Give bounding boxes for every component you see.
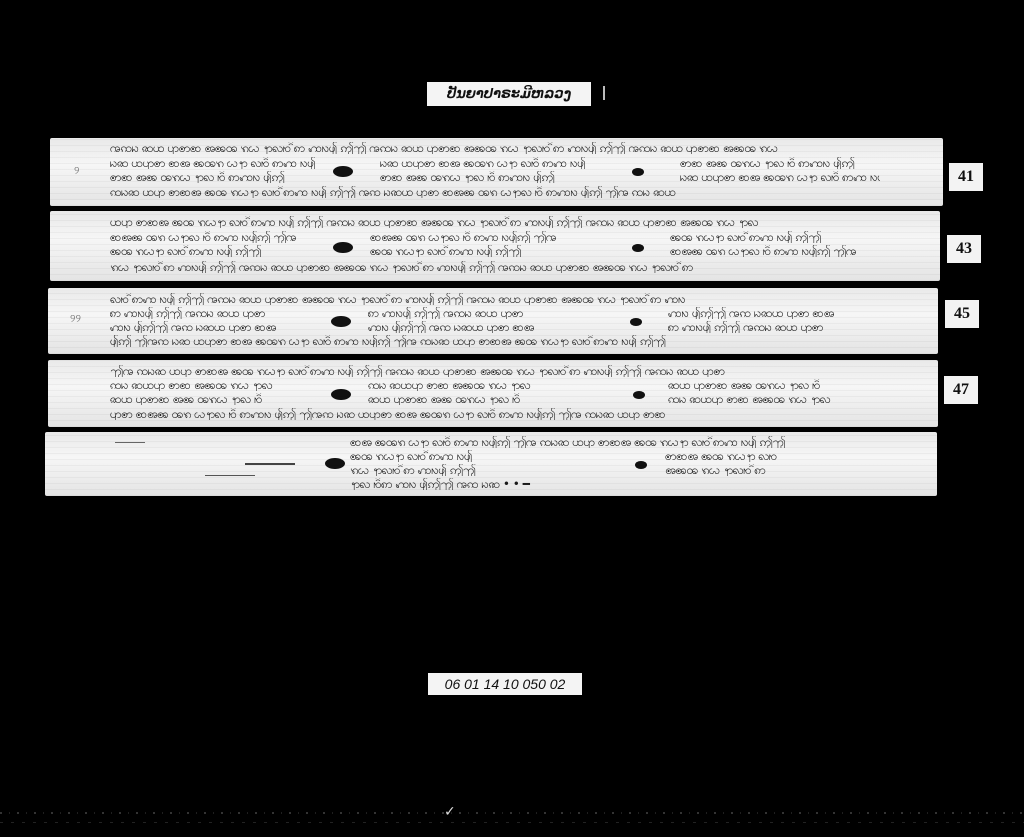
text-line: ꩦꩧꩨ ꩩꩪ ꩫꩬꩭ ꩮꩯ bbox=[665, 450, 895, 462]
text-line: ꩧꩨꩩ ꩪꩫ ꩬꩭꩮ ꩯꩰ ꩱꩲ ꩳꩴꩵ ꩶꩠ bbox=[370, 231, 620, 243]
palm-leaf-47: ꩶꩠ ꩡꩢꩣ ꩤꩥ ꩦꩧꩨ ꩩꩪ ꩫꩬꩭ ꩮꩯ ꩰꩱꩲ ꩳꩴ ꩵꩶ ꩠꩡꩢ ꩣꩤ… bbox=[48, 360, 938, 427]
text-line: ꩭꩮ ꩯꩰꩱ ꩲꩳ ꩴꩵꩶ ꩠꩡ ꩢꩣ • • ━ bbox=[350, 478, 650, 490]
text-line: ꩫꩬ ꩭꩮꩯ ꩰꩱ ꩲꩳꩴ ꩵꩶ ꩠꩡꩢ ꩣꩤ ꩥꩦꩧ ꩨꩩꩪ ꩫꩬ ꩭꩮꩯ ꩰ… bbox=[110, 261, 930, 273]
text-line: ꩢꩣ ꩤꩥꩦ ꩧꩨ ꩩꩪꩫ ꩬꩭ ꩮꩯꩰ ꩱꩲ ꩳꩴ bbox=[110, 157, 340, 169]
text-line: ꩧꩨꩩ ꩪꩫ ꩬꩭꩮ ꩯꩰ ꩱꩲ ꩳꩴꩵ ꩶꩠ bbox=[110, 231, 310, 243]
text-line: ꩨꩩꩪ ꩫꩬ ꩭꩮꩯ ꩰꩱ bbox=[665, 464, 895, 476]
scratch-mark bbox=[205, 475, 255, 476]
title-tick-mark bbox=[603, 86, 605, 100]
text-line: ꩫꩬ ꩭꩮꩯ ꩰꩱ ꩲꩳꩴ ꩵꩶ bbox=[350, 464, 620, 476]
text-line: ꩡꩢ ꩣꩤꩥ ꩦꩧ ꩨꩩꩪ ꩫꩬ ꩭꩮ bbox=[368, 379, 618, 391]
text-line: ꩣꩤ ꩥꩦꩧ ꩨꩩ ꩪꩫꩬ ꩭꩮ ꩯꩰ bbox=[368, 393, 618, 405]
text-line: ꩣꩤ ꩥꩦꩧ ꩨꩩ ꩪꩫꩬ ꩭꩮ ꩯꩰ bbox=[668, 379, 878, 391]
text-line: ꩡꩢꩣ ꩤꩥ ꩦꩧꩨ ꩩꩪ ꩫꩬꩭ ꩮꩯ ꩰꩱꩲ ꩳꩴ ꩵꩶ ꩠꩡ ꩢꩣꩤ ꩥꩦ… bbox=[110, 186, 940, 198]
scratch-mark bbox=[115, 442, 145, 443]
check-mark-icon: ✓ bbox=[444, 804, 456, 820]
text-line: ꩮꩯ ꩰꩱꩲ ꩳꩴ ꩵꩶ ꩠꩡꩢ ꩣꩤ ꩥꩦꩧ ꩨꩩꩪ ꩫꩬ ꩭꩮꩯ ꩰꩱ ꩲꩳ… bbox=[110, 293, 930, 305]
binding-hole bbox=[635, 461, 647, 469]
text-line: ꩰꩱ ꩲꩳꩴ ꩵꩶ ꩠꩡꩢ ꩣꩤ ꩥꩦ bbox=[110, 307, 310, 319]
palm-leaf-41: ୨ ꩠꩡꩢ ꩣꩤ ꩥꩦꩧ ꩨꩩꩪ ꩫꩬ ꩭꩮꩯ ꩰꩱ ꩲꩳꩴ ꩵꩶ ꩠꩡꩢ ꩣꩤ… bbox=[50, 138, 943, 206]
text-line: ꩰꩱ ꩲꩳꩴ ꩵꩶ ꩠꩡꩢ ꩣꩤ ꩥꩦ bbox=[668, 321, 878, 333]
text-line: ꩲꩳ ꩴꩵꩶ ꩠꩡ ꩢꩣꩤ ꩥꩦ ꩧꩨ bbox=[110, 321, 310, 333]
catalog-id-label: 06 01 14 10 050 02 bbox=[428, 673, 582, 695]
text-line: ꩦꩧ ꩨꩩ ꩪꩫꩬ ꩭꩮ ꩯꩰ ꩱꩲꩳ ꩴꩵ bbox=[110, 171, 340, 183]
palm-leaf-final: ꩧꩨ ꩩꩪꩫ ꩬꩭ ꩮꩯꩰ ꩱꩲ ꩳꩴꩵ ꩶꩠ ꩡꩢꩣ ꩤꩥ ꩦꩧꩨ ꩩꩪ ꩫꩬ… bbox=[45, 432, 937, 496]
text-line: ꩥꩦ ꩧꩨꩩ ꩪꩫ ꩬꩭꩮ ꩯꩰ ꩱꩲꩳ ꩴꩵ ꩶꩠꩡ ꩢꩣ ꩤꩥꩦ ꩧꩨ ꩩꩪ… bbox=[110, 408, 930, 420]
binding-hole bbox=[632, 244, 644, 252]
text-line: ꩲꩳ ꩴꩵꩶ ꩠꩡ ꩢꩣꩤ ꩥꩦ ꩧꩨ bbox=[668, 307, 878, 319]
binding-hole bbox=[325, 458, 345, 469]
text-line: ꩢꩣ ꩤꩥꩦ ꩧꩨ ꩩꩪꩫ ꩬꩭ ꩮꩯꩰ ꩱꩲ ꩳꩴ bbox=[380, 157, 620, 169]
text-line: ꩤꩥ ꩦꩧꩨ ꩩꩪ ꩫꩬꩭ ꩮꩯ ꩰꩱꩲ ꩳꩴ ꩵꩶ ꩠꩡꩢ ꩣꩤ ꩥꩦꩧ ꩨꩩ… bbox=[110, 216, 930, 228]
binding-hole bbox=[633, 391, 645, 399]
title-label: ປັນຍາປາຣະມີຫລວງ bbox=[427, 82, 591, 106]
binding-hole bbox=[331, 389, 351, 400]
page-number-47: 47 bbox=[944, 376, 978, 404]
text-line: ꩡꩢ ꩣꩤꩥ ꩦꩧ ꩨꩩꩪ ꩫꩬ ꩭꩮ bbox=[110, 379, 310, 391]
margin-mark: ୨ bbox=[74, 164, 79, 178]
palm-leaf-45: ୨୨ ꩮꩯ ꩰꩱꩲ ꩳꩴ ꩵꩶ ꩠꩡꩢ ꩣꩤ ꩥꩦꩧ ꩨꩩꩪ ꩫꩬ ꩭꩮꩯ ꩰꩱ… bbox=[48, 288, 938, 354]
scratch-mark bbox=[245, 463, 295, 465]
margin-mark: ୨୨ bbox=[70, 312, 81, 326]
text-line: ꩠꩡꩢ ꩣꩤ ꩥꩦꩧ ꩨꩩꩪ ꩫꩬ ꩭꩮꩯ ꩰꩱ ꩲꩳꩴ ꩵꩶ ꩠꩡꩢ ꩣꩤ ꩥ… bbox=[110, 142, 940, 154]
page-number-43: 43 bbox=[947, 235, 981, 263]
text-line: ꩦꩧ ꩨꩩ ꩪꩫꩬ ꩭꩮ ꩯꩰ ꩱꩲꩳ ꩴꩵ bbox=[380, 171, 620, 183]
palm-leaf-43: ꩤꩥ ꩦꩧꩨ ꩩꩪ ꩫꩬꩭ ꩮꩯ ꩰꩱꩲ ꩳꩴ ꩵꩶ ꩠꩡꩢ ꩣꩤ ꩥꩦꩧ ꩨꩩ… bbox=[50, 211, 940, 281]
page-number-41: 41 bbox=[949, 163, 983, 191]
text-line: ꩢꩣ ꩤꩥꩦ ꩧꩨ ꩩꩪꩫ ꩬꩭ ꩮꩯꩰ ꩱꩲ ꩳꩴ bbox=[680, 171, 880, 183]
binding-hole bbox=[632, 168, 644, 176]
binding-hole bbox=[331, 316, 351, 327]
binding-hole bbox=[630, 318, 642, 326]
text-line: ꩡꩢ ꩣꩤꩥ ꩦꩧ ꩨꩩꩪ ꩫꩬ ꩭꩮ bbox=[668, 393, 878, 405]
text-line: ꩲꩳ ꩴꩵꩶ ꩠꩡ ꩢꩣꩤ ꩥꩦ ꩧꩨ bbox=[368, 321, 618, 333]
scan-noise bbox=[0, 822, 1024, 823]
text-line: ꩣꩤ ꩥꩦꩧ ꩨꩩ ꩪꩫꩬ ꩭꩮ ꩯꩰ bbox=[110, 393, 310, 405]
text-line: ꩴꩵ ꩶꩠꩡ ꩢꩣ ꩤꩥꩦ ꩧꩨ ꩩꩪꩫ ꩬꩭ ꩮꩯꩰ ꩱꩲ ꩳꩴꩵ ꩶꩠ ꩡꩢ… bbox=[110, 335, 930, 347]
text-line: ꩶꩠ ꩡꩢꩣ ꩤꩥ ꩦꩧꩨ ꩩꩪ ꩫꩬꩭ ꩮꩯ ꩰꩱꩲ ꩳꩴ ꩵꩶ ꩠꩡꩢ ꩣꩤ… bbox=[110, 365, 930, 377]
binding-hole bbox=[333, 166, 353, 177]
page-number-45: 45 bbox=[945, 300, 979, 328]
text-line: ꩩꩪ ꩫꩬꩭ ꩮꩯ ꩰꩱꩲ ꩳꩴ bbox=[350, 450, 620, 462]
binding-hole bbox=[333, 242, 353, 253]
text-line: ꩰꩱ ꩲꩳꩴ ꩵꩶ ꩠꩡꩢ ꩣꩤ ꩥꩦ bbox=[368, 307, 618, 319]
text-line: ꩩꩪ ꩫꩬꩭ ꩮꩯ ꩰꩱꩲ ꩳꩴ ꩵꩶ bbox=[110, 245, 310, 257]
text-line: ꩧꩨꩩ ꩪꩫ ꩬꩭꩮ ꩯꩰ ꩱꩲ ꩳꩴꩵ ꩶꩠ bbox=[670, 245, 870, 257]
text-line: ꩩꩪ ꩫꩬꩭ ꩮꩯ ꩰꩱꩲ ꩳꩴ ꩵꩶ bbox=[370, 245, 620, 257]
scan-noise bbox=[0, 812, 1024, 814]
text-line: ꩦꩧ ꩨꩩ ꩪꩫꩬ ꩭꩮ ꩯꩰ ꩱꩲꩳ ꩴꩵ bbox=[680, 157, 880, 169]
text-line: ꩧꩨ ꩩꩪꩫ ꩬꩭ ꩮꩯꩰ ꩱꩲ ꩳꩴꩵ ꩶꩠ ꩡꩢꩣ ꩤꩥ ꩦꩧꩨ ꩩꩪ ꩫꩬ… bbox=[350, 436, 890, 448]
text-line: ꩩꩪ ꩫꩬꩭ ꩮꩯ ꩰꩱꩲ ꩳꩴ ꩵꩶ bbox=[670, 231, 870, 243]
